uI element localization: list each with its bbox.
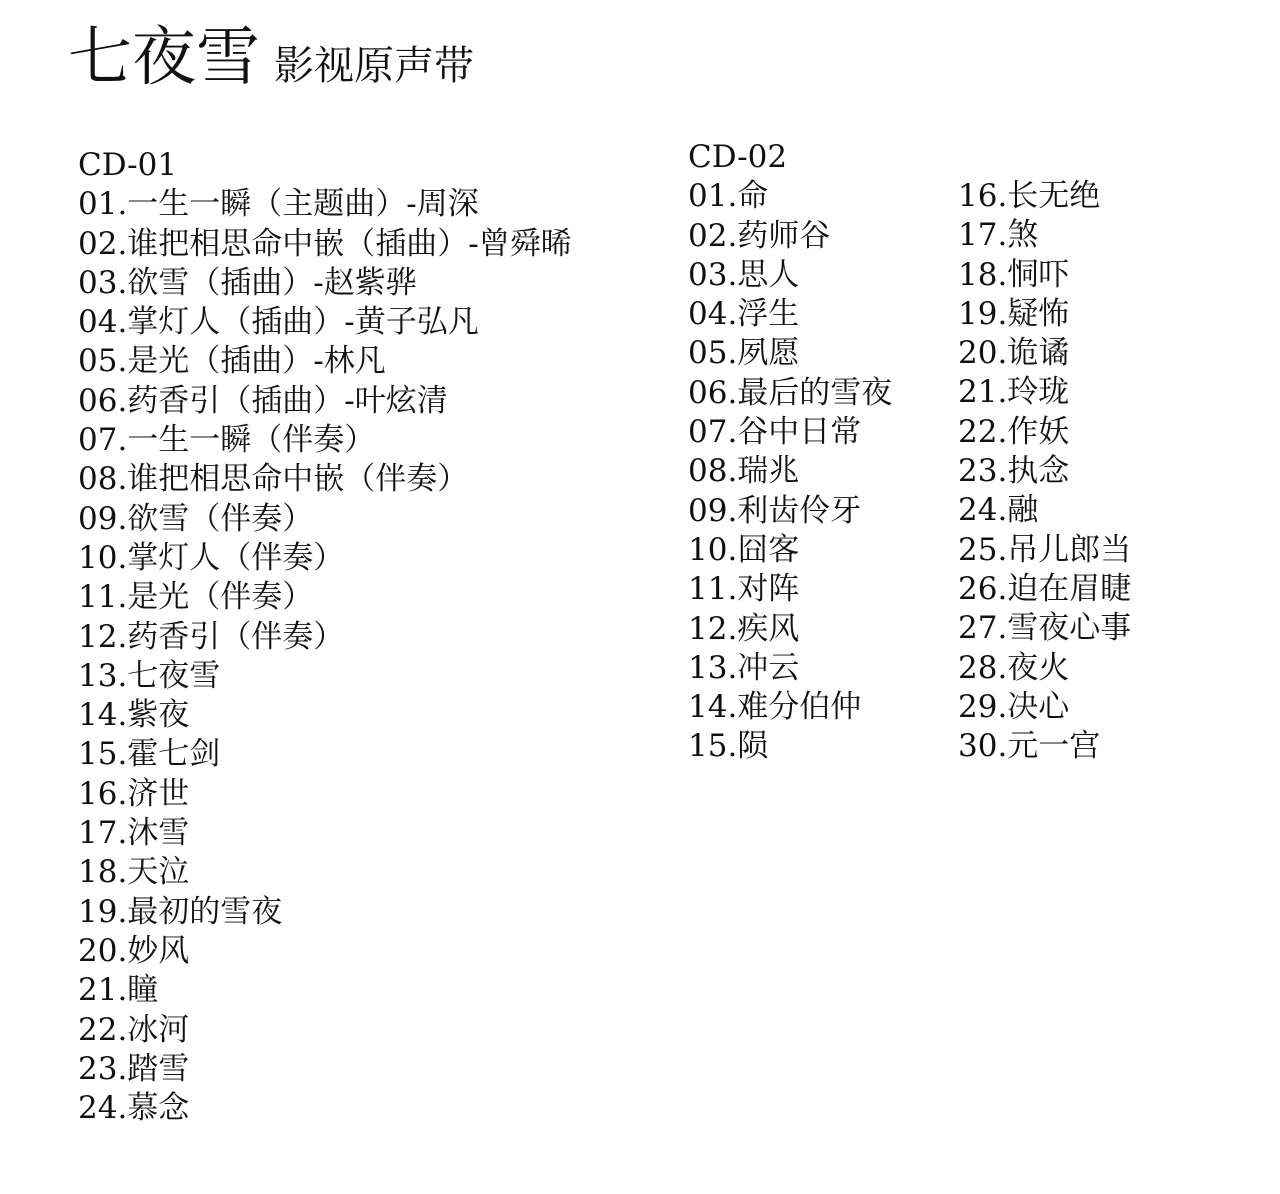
- track-item: 01.一生一瞬（主题曲）-周深: [78, 185, 572, 224]
- track-item: 14.难分伯仲: [688, 688, 892, 727]
- track-item: 30.元一宫: [958, 727, 1131, 766]
- track-item: 13.冲云: [688, 649, 892, 688]
- track-item: 10.囧客: [688, 531, 892, 570]
- cd-02-tracklist-left: CD-02 01.命 02.药师谷 03.思人 04.浮生 05.夙愿 06.最…: [688, 138, 892, 767]
- track-item: 05.夙愿: [688, 334, 892, 373]
- album-subtitle: 影视原声带: [274, 43, 474, 89]
- track-item: 18.天泣: [78, 853, 572, 892]
- track-item: 09.欲雪（伴奏）: [78, 500, 572, 539]
- track-item: 29.决心: [958, 688, 1131, 727]
- track-item: 11.是光（伴奏）: [78, 578, 572, 617]
- track-item: 23.踏雪: [78, 1050, 572, 1089]
- track-item: 14.紫夜: [78, 696, 572, 735]
- cd-label: CD-02: [688, 138, 892, 177]
- track-item: 07.谷中日常: [688, 413, 892, 452]
- track-item: 21.玲珑: [958, 373, 1131, 412]
- track-item: 12.药香引（伴奏）: [78, 618, 572, 657]
- track-item: 17.沐雪: [78, 814, 572, 853]
- track-item: 27.雪夜心事: [958, 609, 1131, 648]
- track-item: 25.吊儿郎当: [958, 531, 1131, 570]
- track-item: 08.谁把相思命中嵌（伴奏）: [78, 460, 572, 499]
- track-item: 12.疾风: [688, 610, 892, 649]
- cd-label: CD-01: [78, 146, 572, 185]
- track-item: 02.药师谷: [688, 217, 892, 256]
- track-item: 20.诡谲: [958, 334, 1131, 373]
- track-item: 03.思人: [688, 256, 892, 295]
- track-item: 15.陨: [688, 727, 892, 766]
- track-item: 01.命: [688, 177, 892, 216]
- track-item: 20.妙风: [78, 932, 572, 971]
- cd-02-tracklist-right: 16.长无绝 17.煞 18.恫吓 19.疑怖 20.诡谲 21.玲珑 22.作…: [958, 177, 1131, 766]
- track-item: 02.谁把相思命中嵌（插曲）-曾舜晞: [78, 225, 572, 264]
- track-item: 10.掌灯人（伴奏）: [78, 539, 572, 578]
- track-item: 21.瞳: [78, 971, 572, 1010]
- track-item: 11.对阵: [688, 570, 892, 609]
- album-title: 七夜雪: [68, 21, 260, 95]
- track-item: 03.欲雪（插曲）-赵紫骅: [78, 264, 572, 303]
- track-item: 16.长无绝: [958, 177, 1131, 216]
- track-item: 28.夜火: [958, 649, 1131, 688]
- track-item: 07.一生一瞬（伴奏）: [78, 421, 572, 460]
- track-item: 26.迫在眉睫: [958, 570, 1131, 609]
- track-item: 24.慕念: [78, 1089, 572, 1128]
- track-item: 08.瑞兆: [688, 452, 892, 491]
- track-item: 22.作妖: [958, 413, 1131, 452]
- track-item: 19.最初的雪夜: [78, 893, 572, 932]
- track-item: 15.霍七剑: [78, 735, 572, 774]
- track-item: 06.药香引（插曲）-叶炫清: [78, 382, 572, 421]
- track-item: 04.掌灯人（插曲）-黄子弘凡: [78, 303, 572, 342]
- track-item: 09.利齿伶牙: [688, 492, 892, 531]
- track-item: 13.七夜雪: [78, 657, 572, 696]
- track-item: 19.疑怖: [958, 295, 1131, 334]
- track-item: 23.执念: [958, 452, 1131, 491]
- track-item: 22.冰河: [78, 1011, 572, 1050]
- track-item: 05.是光（插曲）-林凡: [78, 342, 572, 381]
- track-item: 24.融: [958, 491, 1131, 530]
- cd-01-tracklist: CD-01 01.一生一瞬（主题曲）-周深 02.谁把相思命中嵌（插曲）-曾舜晞…: [78, 146, 572, 1128]
- track-item: 18.恫吓: [958, 256, 1131, 295]
- track-item: 06.最后的雪夜: [688, 374, 892, 413]
- track-item: 16.济世: [78, 775, 572, 814]
- track-item: 04.浮生: [688, 295, 892, 334]
- track-item: 17.煞: [958, 216, 1131, 255]
- page-title: 七夜雪影视原声带: [68, 26, 474, 90]
